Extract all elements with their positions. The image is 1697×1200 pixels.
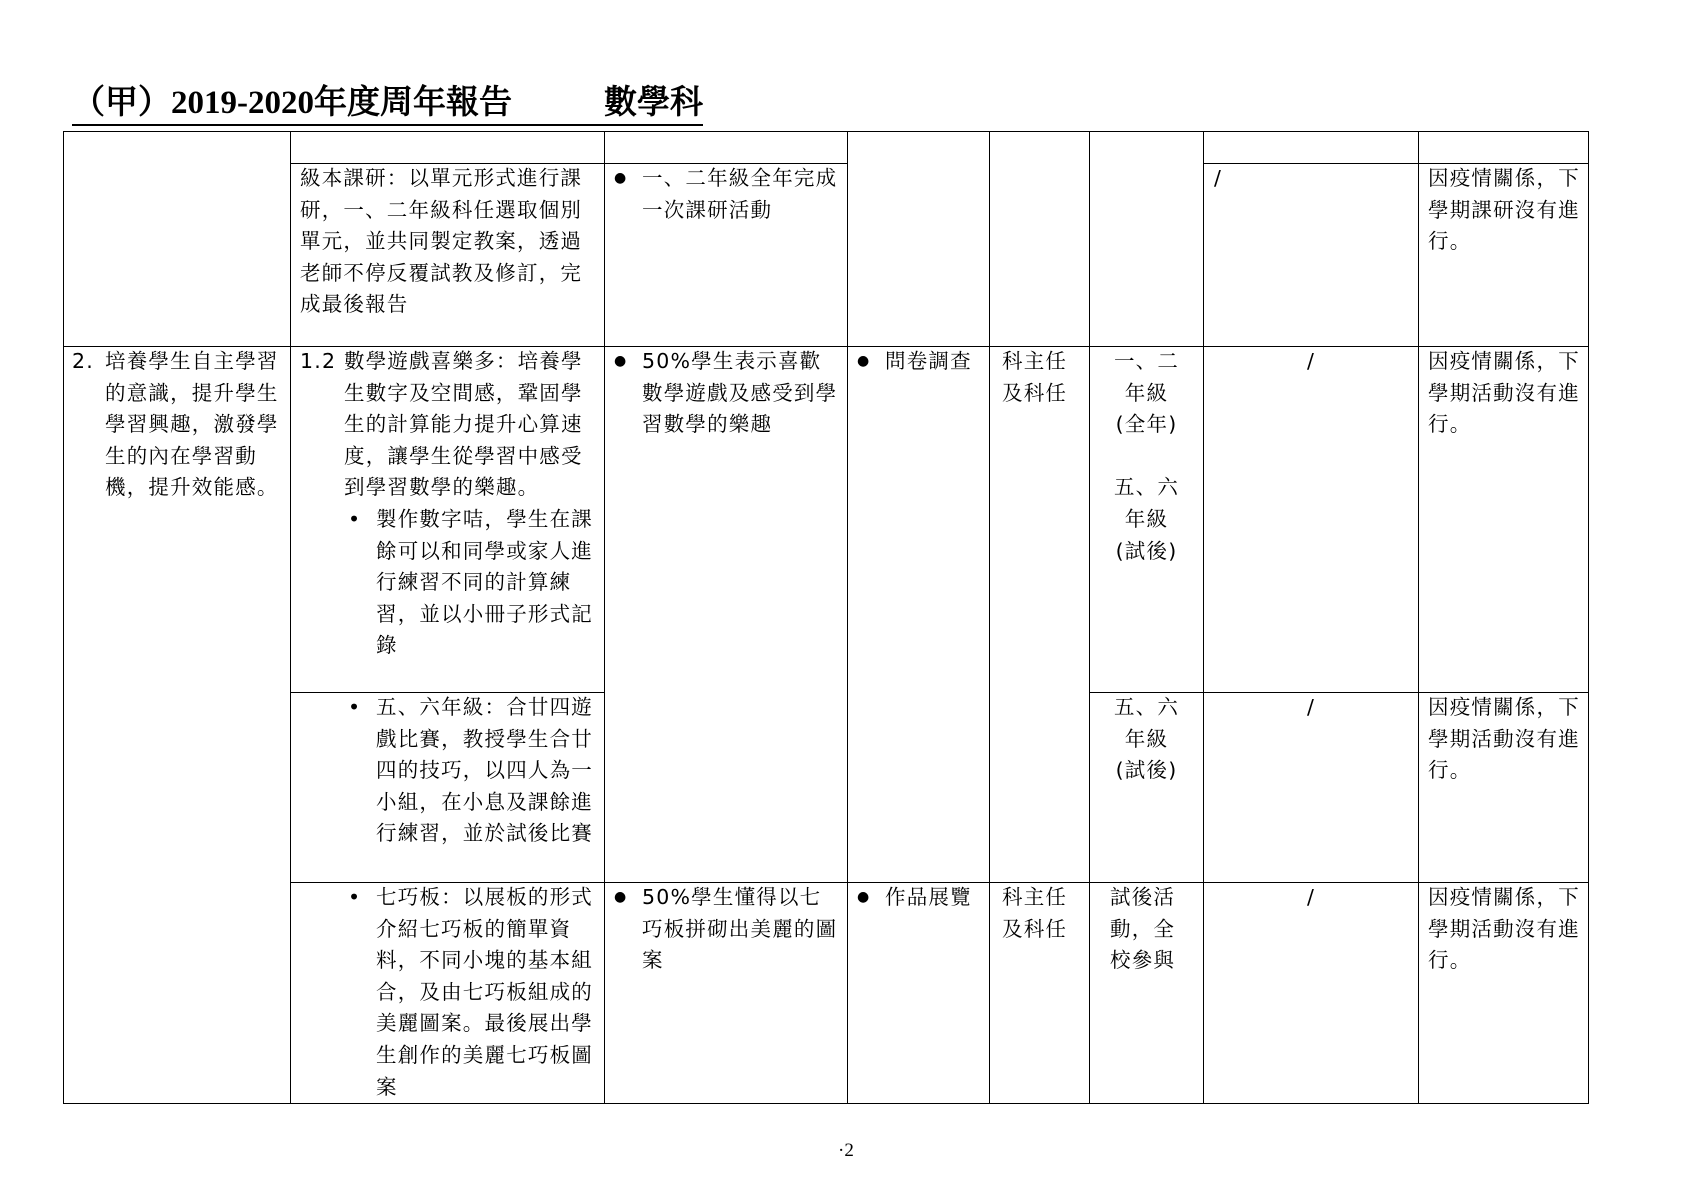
col-line (604, 131, 605, 1104)
col-line (989, 131, 990, 1104)
timeline-line: 年級 (1090, 378, 1203, 410)
timeline-cell: 一、二 年級 (全年) 五、六 年級 (試後) (1090, 346, 1203, 567)
remarks-cell: 因疫情關係，下學期活動沒有進行。 (1428, 346, 1584, 441)
evaluation-method-text: 問卷調查 (857, 346, 983, 378)
person-in-charge-cell: 科主任及科任 (1002, 346, 1086, 409)
subject-title: 數學科 (604, 85, 703, 121)
col-line (290, 131, 291, 1104)
success-criteria-text: 一、二年級全年完成一次課研活動 (614, 163, 840, 226)
person-in-charge-text: 科主任及科任 (1002, 882, 1086, 945)
col-line (847, 131, 848, 1104)
success-criteria-cell: 50%學生表示喜歡數學遊戲及感受到學習數學的樂趣 (614, 346, 840, 441)
remarks-cell: 因疫情關係，下學期活動沒有進行。 (1428, 692, 1584, 787)
strategy-sub-item: 五、六年級：合廿四遊戲比賽，教授學生合廿四的技巧，以四人為一小組，在小息及課餘進… (344, 692, 596, 850)
success-criteria-cell: 一、二年級全年完成一次課研活動 (614, 163, 840, 226)
strategy-cell: 1.2 數學遊戲喜樂多：培養學生數字及空間感，鞏固學生的計算能力提升心算速度，讓… (300, 346, 596, 662)
strategy-item: 1.2 數學遊戲喜樂多：培養學生數字及空間感，鞏固學生的計算能力提升心算速度，讓… (300, 346, 596, 504)
col-line (1203, 131, 1204, 1104)
person-in-charge-text: 科主任及科任 (1002, 346, 1086, 409)
strategy-number: 1.2 (300, 346, 336, 378)
outcome-text: / (1204, 346, 1418, 378)
timeline-cell: 五、六 年級 (試後) (1090, 692, 1203, 787)
timeline-line: 年級 (1090, 504, 1203, 536)
timeline-line: (試後) (1090, 536, 1203, 568)
timeline-line: (全年) (1090, 409, 1203, 441)
evaluation-method-text: 作品展覽 (857, 882, 983, 914)
report-title: （甲）2019-2020年度周年報告 (72, 85, 512, 121)
timeline-line: 五、六 (1090, 472, 1203, 504)
evaluation-method-cell: 作品展覽 (857, 882, 983, 914)
page-title: （甲）2019-2020年度周年報告數學科 (72, 84, 703, 126)
col-line (1418, 131, 1419, 1104)
remarks-text: 因疫情關係，下學期課研沒有進行。 (1428, 163, 1584, 258)
outcome-cell: / (1204, 882, 1418, 914)
remarks-cell: 因疫情關係，下學期課研沒有進行。 (1428, 163, 1584, 258)
strategy-cell: 五、六年級：合廿四遊戲比賽，教授學生合廿四的技巧，以四人為一小組，在小息及課餘進… (344, 692, 596, 850)
table-border-left (63, 131, 64, 1104)
success-criteria-text: 50%學生懂得以七巧板拼砌出美麗的圖案 (614, 882, 840, 977)
outcome-text: / (1214, 163, 1414, 195)
objective-cell: 2. 培養學生自主學習的意識，提升學生學習興趣，激發學生的內在學習動機，提升效能… (72, 346, 284, 504)
success-criteria-text: 50%學生表示喜歡數學遊戲及感受到學習數學的樂趣 (614, 346, 840, 441)
timeline-text: 試後活動，全校參與 (1110, 882, 1190, 977)
timeline-line: 年級 (1090, 724, 1203, 756)
col-line (1089, 131, 1090, 1104)
objective-item: 2. 培養學生自主學習的意識，提升學生學習興趣，激發學生的內在學習動機，提升效能… (72, 346, 284, 504)
remarks-cell: 因疫情關係，下學期活動沒有進行。 (1428, 882, 1584, 977)
strategy-cell: 七巧板：以展板的形式介紹七巧板的簡單資料，不同小塊的基本組合，及由七巧板組成的美… (344, 882, 596, 1103)
strategy-cell: 級本課研：以單元形式進行課研，一、二年級科任選取個別單元，並共同製定教案，透過老… (300, 163, 596, 321)
remarks-text: 因疫情關係，下學期活動沒有進行。 (1428, 692, 1584, 787)
strategy-sub-item: 製作數字咭，學生在課餘可以和同學或家人進行練習不同的計算練習，並以小冊子形式記錄 (344, 504, 596, 662)
outcome-cell: / (1204, 692, 1418, 724)
strategy-text: 數學遊戲喜樂多：培養學生數字及空間感，鞏固學生的計算能力提升心算速度，讓學生從學… (344, 349, 583, 499)
timeline-line: 一、二 (1090, 346, 1203, 378)
page-number: ·2 (838, 1140, 854, 1162)
outcome-text: / (1204, 882, 1418, 914)
table-border-top (63, 131, 1589, 132)
remarks-text: 因疫情關係，下學期活動沒有進行。 (1428, 346, 1584, 441)
timeline-line: 五、六 (1090, 692, 1203, 724)
strategy-text: 級本課研：以單元形式進行課研，一、二年級科任選取個別單元，並共同製定教案，透過老… (300, 163, 596, 321)
remarks-text: 因疫情關係，下學期活動沒有進行。 (1428, 882, 1584, 977)
success-criteria-cell: 50%學生懂得以七巧板拼砌出美麗的圖案 (614, 882, 840, 977)
evaluation-method-cell: 問卷調查 (857, 346, 983, 378)
table-border-right (1588, 131, 1589, 1104)
timeline-spacer (1090, 441, 1203, 473)
objective-text: 培養學生自主學習的意識，提升學生學習興趣，激發學生的內在學習動機，提升效能感。 (105, 349, 279, 499)
timeline-cell: 試後活動，全校參與 (1110, 882, 1190, 977)
strategy-sub-item: 七巧板：以展板的形式介紹七巧板的簡單資料，不同小塊的基本組合，及由七巧板組成的美… (344, 882, 596, 1103)
outcome-cell: / (1214, 163, 1414, 195)
table-border-bottom (63, 1103, 1589, 1104)
timeline-line: (試後) (1090, 755, 1203, 787)
objective-number: 2. (72, 346, 94, 378)
person-in-charge-cell: 科主任及科任 (1002, 882, 1086, 945)
outcome-cell: / (1204, 346, 1418, 378)
outcome-text: / (1204, 692, 1418, 724)
